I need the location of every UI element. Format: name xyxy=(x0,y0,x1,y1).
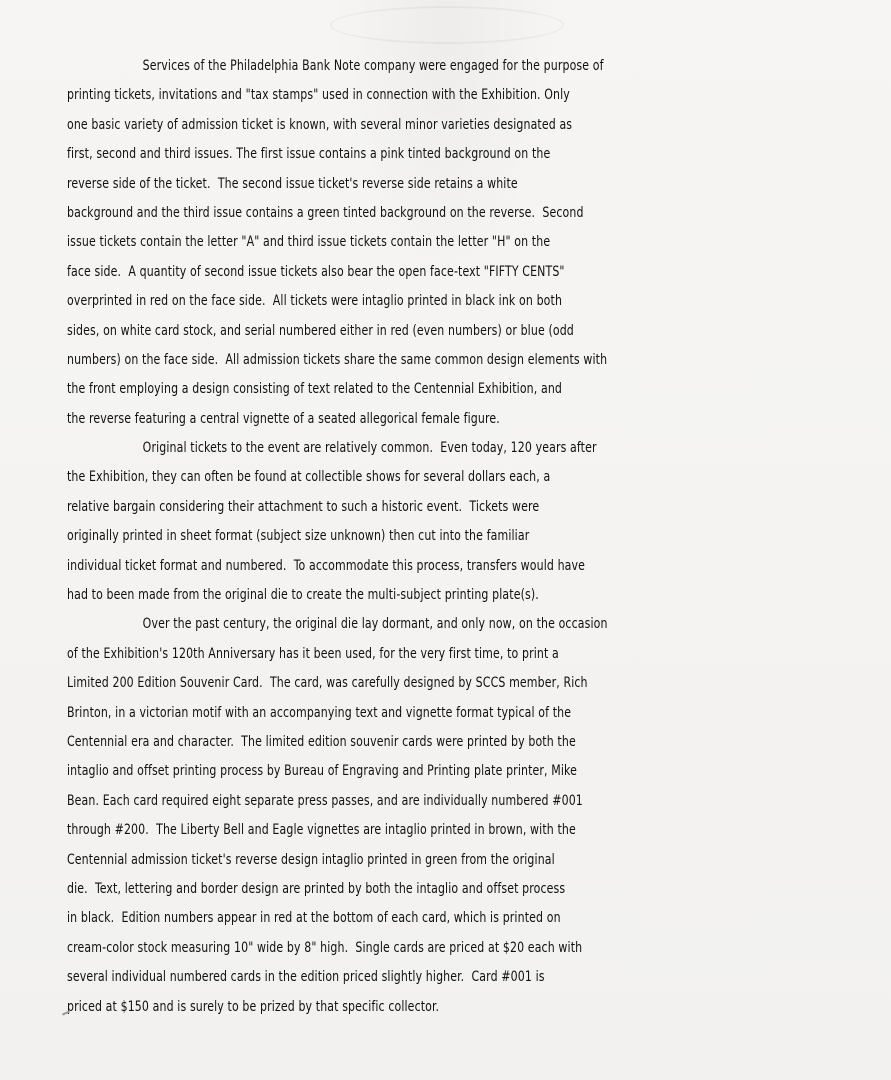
text-line: sides, on white card stock, and serial n… xyxy=(67,317,686,346)
text-line: background and the third issue contains … xyxy=(67,199,686,228)
text-line: the front employing a design consisting … xyxy=(67,375,686,404)
text-line: Original tickets to the event are relati… xyxy=(67,434,686,463)
text-line: first, second and third issues. The firs… xyxy=(67,140,686,169)
text-line: Bean. Each card required eight separate … xyxy=(67,787,686,816)
show-through-engraving xyxy=(330,6,564,44)
text-line: originally printed in sheet format (subj… xyxy=(67,522,686,551)
text-line: relative bargain considering their attac… xyxy=(67,493,686,522)
text-line: Brinton, in a victorian motif with an ac… xyxy=(67,699,686,728)
text-line: Services of the Philadelphia Bank Note c… xyxy=(67,52,686,81)
text-line: priced at $150 and is surely to be prize… xyxy=(67,993,686,1022)
document-body: Services of the Philadelphia Bank Note c… xyxy=(67,52,787,1022)
text-line: Centennial era and character. The limite… xyxy=(67,728,686,757)
text-line: Centennial admission ticket's reverse de… xyxy=(67,846,686,875)
text-line: through #200. The Liberty Bell and Eagle… xyxy=(67,816,686,845)
text-line: printing tickets, invitations and "tax s… xyxy=(67,81,686,110)
paragraph-2: Original tickets to the event are relati… xyxy=(67,434,787,610)
text-line: several individual numbered cards in the… xyxy=(67,963,686,992)
text-line: cream-color stock measuring 10" wide by … xyxy=(67,934,686,963)
text-line: intaglio and offset printing process by … xyxy=(67,757,686,786)
text-line: of the Exhibition's 120th Anniversary ha… xyxy=(67,640,686,669)
text-line: the reverse featuring a central vignette… xyxy=(67,405,686,434)
text-line: Over the past century, the original die … xyxy=(67,610,686,639)
text-line: overprinted in red on the face side. All… xyxy=(67,287,686,316)
text-line: numbers) on the face side. All admission… xyxy=(67,346,686,375)
text-line: individual ticket format and numbered. T… xyxy=(67,552,686,581)
text-line: in black. Edition numbers appear in red … xyxy=(67,904,686,933)
paragraph-1: Services of the Philadelphia Bank Note c… xyxy=(67,52,787,434)
text-line: face side. A quantity of second issue ti… xyxy=(67,258,686,287)
text-line: one basic variety of admission ticket is… xyxy=(67,111,686,140)
text-line: issue tickets contain the letter "A" and… xyxy=(67,228,686,257)
text-line: the Exhibition, they can often be found … xyxy=(67,463,686,492)
text-line: reverse side of the ticket. The second i… xyxy=(67,170,686,199)
text-line: had to been made from the original die t… xyxy=(67,581,686,610)
text-line: die. Text, lettering and border design a… xyxy=(67,875,686,904)
paragraph-3: Over the past century, the original die … xyxy=(67,610,787,1021)
text-line: Limited 200 Edition Souvenir Card. The c… xyxy=(67,669,686,698)
document-page: Services of the Philadelphia Bank Note c… xyxy=(0,0,891,1080)
